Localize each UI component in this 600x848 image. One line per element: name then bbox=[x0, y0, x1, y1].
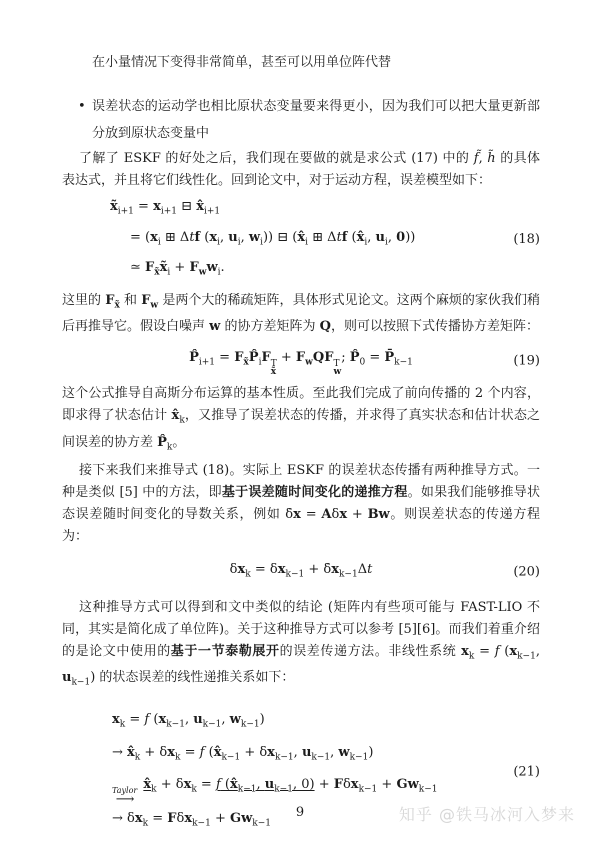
equation-20-number: (20) bbox=[513, 559, 540, 586]
paragraph-eskf-intro: 了解了 ESKF 的好处之后，我们现在要做的就是求公式 (17) 中的 f̃, … bbox=[62, 148, 540, 192]
equation-20-body: δxk = δxk−1 + δ̇xk−1Δt bbox=[230, 562, 373, 577]
equation-21-line-2: → x̂k + δxk = f (x̂k−1 + δxk−1, uk−1, wk… bbox=[62, 739, 540, 772]
equation-18-line-1: x̃i+1 = xi+1 ⊟ x̂i+1 bbox=[62, 194, 540, 225]
paragraph-sparse-matrices: 这里的 Fx̃ 和 Fw 是两个大的稀疏矩阵，具体形式见论文。这两个麻烦的家伙我… bbox=[62, 290, 540, 339]
document-page: 在小量情况下变得非常简单，甚至可以用单位阵代替 • 误差状态的运动学也相比原状态… bbox=[0, 0, 600, 848]
equation-18-line-2: = (xi ⊞ Δtf (xi, ui, wi)) ⊟ (x̂i ⊞ Δtf (… bbox=[62, 225, 540, 256]
paragraph-derivation-methods: 接下来我们来推导式 (18)。实际上 ESKF 的误差状态传播有两种推导方式。一… bbox=[62, 460, 540, 548]
equation-21-line-1: xk = f (xk−1, uk−1, wk−1) bbox=[62, 706, 540, 739]
bullet-item: • 误差状态的运动学也相比原状态变量要来得更小，因为我们可以把大量更新部分放到原… bbox=[92, 93, 540, 147]
equation-19-body: P̂i+1 = Fx̃P̂iFTx̃ + FwQFTw; P̂0 = P̄k−1 bbox=[189, 350, 413, 365]
equation-19-number: (19) bbox=[513, 347, 540, 374]
equation-18-number: (18) bbox=[513, 227, 540, 253]
page-content: 在小量情况下变得非常简单，甚至可以用单位阵代替 • 误差状态的运动学也相比原状态… bbox=[62, 52, 540, 840]
bullet-item-text: 误差状态的运动学也相比原状态变量要来得更小，因为我们可以把大量更新部分放到原状态… bbox=[92, 99, 540, 141]
equation-21-line-3: Taylor⟶ x̂k + δxk = f (x̂k−1, uk−1, 0) +… bbox=[62, 771, 540, 805]
equation-19: P̂i+1 = Fx̃P̂iFTx̃ + FwQFTw; P̂0 = P̄k−1… bbox=[62, 344, 540, 377]
zhihu-watermark: 知乎 @铁马冰河入梦来 bbox=[399, 802, 575, 825]
bullet-marker-icon: • bbox=[78, 93, 86, 120]
bullet-continuation-text: 在小量情况下变得非常简单，甚至可以用单位阵代替 bbox=[92, 52, 540, 74]
paragraph-taylor-method: 这种推导方式可以得到和文中类似的结论 (矩阵内有些项可能与 FAST-LIO 不… bbox=[62, 597, 540, 694]
equation-18-line-3: ≃ Fx̃x̃i + Fwwi. bbox=[62, 255, 540, 286]
equation-20: δxk = δxk−1 + δ̇xk−1Δt (20) bbox=[62, 556, 540, 589]
paragraph-gaussian-property: 这个公式推导自高斯分布运算的基本性质。至此我们完成了前向传播的 2 个内容，即求… bbox=[62, 383, 540, 458]
equation-21-number: (21) bbox=[513, 758, 540, 785]
equation-18: x̃i+1 = xi+1 ⊟ x̂i+1 = (xi ⊞ Δtf (xi, ui… bbox=[62, 194, 540, 286]
